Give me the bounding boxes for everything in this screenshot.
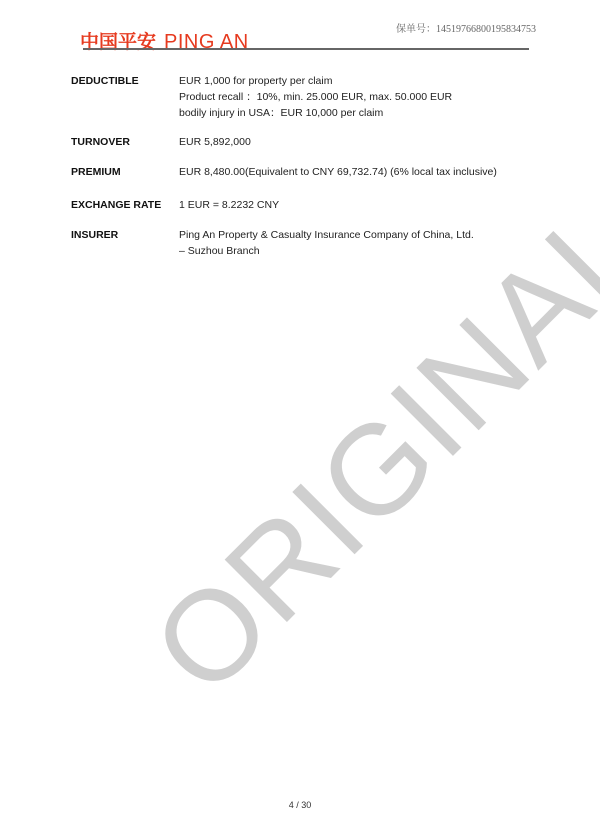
field-value: Ping An Property & Casualty Insurance Co…: [179, 227, 519, 259]
page-number: 4 / 30: [0, 800, 600, 810]
field-label: PREMIUM: [71, 164, 171, 180]
logo-english: PING AN: [164, 31, 249, 53]
field-value: EUR 8,480.00(Equivalent to CNY 69,732.74…: [179, 164, 519, 180]
header-divider: [83, 48, 529, 50]
field-label: TURNOVER: [71, 134, 171, 150]
field-value: EUR 1,000 for property per claim Product…: [179, 73, 519, 121]
value-line: Product recall ：10%, min. 25.000 EUR, ma…: [179, 89, 519, 105]
policy-number: 保单号：14519766800195834753: [396, 20, 536, 35]
value-line: – Suzhou Branch: [179, 243, 519, 259]
field-value: 1 EUR = 8.2232 CNY: [179, 197, 519, 213]
field-label: DEDUCTIBLE: [71, 73, 171, 89]
value-line: bodily injury in USA：EUR 10,000 per clai…: [179, 105, 519, 121]
value-line: Ping An Property & Casualty Insurance Co…: [179, 227, 519, 243]
value-line: 1 EUR = 8.2232 CNY: [179, 197, 519, 213]
field-label: INSURER: [71, 227, 171, 243]
ping-an-logo: 中国平安PING AN: [80, 27, 249, 54]
value-line: EUR 5,892,000: [179, 134, 519, 150]
value-line: EUR 1,000 for property per claim: [179, 73, 519, 89]
field-label: EXCHANGE RATE: [71, 197, 171, 213]
field-value: EUR 5,892,000: [179, 134, 519, 150]
value-line: EUR 8,480.00(Equivalent to CNY 69,732.74…: [179, 164, 519, 180]
logo-chinese: 中国平安: [80, 31, 156, 53]
